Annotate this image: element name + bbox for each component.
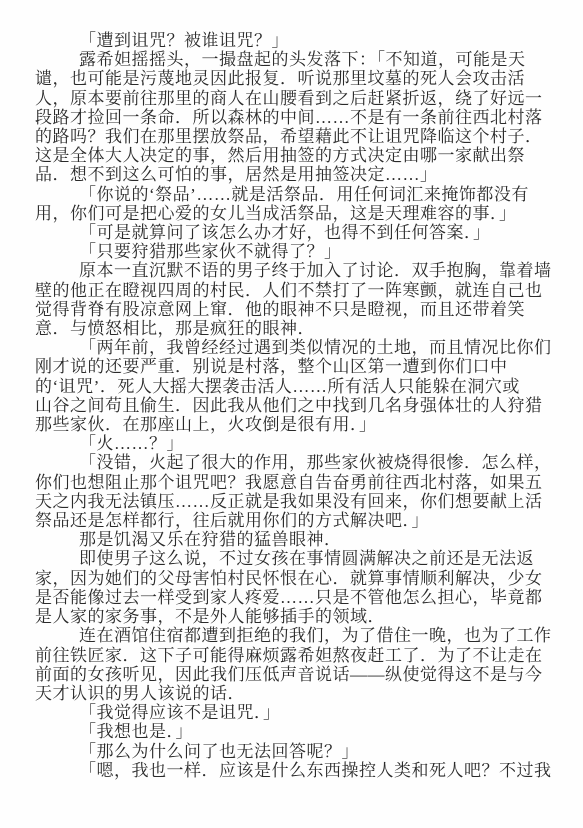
text-line: 的‘诅咒’．死人大摇大摆袭击活人……所有活人只能躲在洞穴或 <box>35 377 547 396</box>
text-line: 前面的女孩听见，因此我们压低声音说话——纵使觉得这不是与今 <box>35 665 547 684</box>
text-line: 谴，也可能是污蔑地灵因此报复．听说那里坟墓的死人会攻击活 <box>35 69 547 88</box>
text-line: 即使男子这么说，不过女孩在事情圆满解决之前还是无法返 <box>35 549 547 568</box>
novel-page: 「遭到诅咒？被谁诅咒？」露希妲摇摇头，一撮盘起的头发落下：「不知道，可能是天谴，… <box>0 0 583 828</box>
text-line: 露希妲摇摇头，一撮盘起的头发落下：「不知道，可能是天 <box>35 50 547 69</box>
text-line: 那是饥渴又乐在狩猎的猛兽眼神． <box>35 530 547 549</box>
text-line: 「可是就算问了该怎么办才好，也得不到任何答案．」 <box>35 223 547 242</box>
text-line: 壁的他正在瞪视四周的村民．人们不禁打了一阵寒颤，就连自己也 <box>35 281 547 300</box>
page-lines: 「遭到诅咒？被谁诅咒？」露希妲摇摇头，一撮盘起的头发落下：「不知道，可能是天谴，… <box>35 31 547 780</box>
text-line: 祭品还是怎样都行，往后就用你们的方式解决吧．」 <box>35 511 547 530</box>
text-line: 山谷之间苟且偷生．因此我从他们之中找到几名身强体壮的人狩猎 <box>35 396 547 415</box>
text-line: 原本一直沉默不语的男子终于加入了讨论．双手抱胸，靠着墙 <box>35 261 547 280</box>
text-line: 「那么为什么问了也无法回答呢？」 <box>35 742 547 761</box>
text-line: 「火……？」 <box>35 434 547 453</box>
text-line: 是人家的家务事，不是外人能够插手的领域． <box>35 607 547 626</box>
text-line: 段路才捡回一条命．所以森林的中间……不是有一条前往西北村落 <box>35 108 547 127</box>
text-line: 刚才说的还要严重．别说是村落，整个山区第一遭到你们口中 <box>35 357 547 376</box>
text-line: 「我想也是．」 <box>35 722 547 741</box>
text-line: 天才认识的男人该说的话． <box>35 684 547 703</box>
text-line: 连在酒馆住宿都遭到拒绝的我们，为了借住一晚，也为了工作 <box>35 626 547 645</box>
text-line: 觉得背脊有股凉意网上窜．他的眼神不只是瞪视，而且还带着笑 <box>35 300 547 319</box>
text-line: 「没错，火起了很大的作用，那些家伙被烧得很惨．怎么样， <box>35 453 547 472</box>
text-line: 你们也想阻止那个诅咒吧？我愿意自告奋勇前往西北村落，如果五 <box>35 473 547 492</box>
text-line: 「只要狩猎那些家伙不就得了？」 <box>35 242 547 261</box>
text-line: 这是全体大人决定的事，然后用抽签的方式决定由哪一家献出祭 <box>35 146 547 165</box>
text-line: 前往铁匠家．这下子可能得麻烦露希妲熬夜赶工了．为了不让走在 <box>35 646 547 665</box>
text-line: 天之内我无法镇压……反正就是我如果没有回来，你们想要献上活 <box>35 492 547 511</box>
text-line: 「我觉得应该不是诅咒．」 <box>35 703 547 722</box>
text-line: 意．与愤怒相比，那是疯狂的眼神． <box>35 319 547 338</box>
text-line: 「遭到诅咒？被谁诅咒？」 <box>35 31 547 50</box>
text-line: 是否能像过去一样受到家人疼爱……只是不管他怎么担心，毕竟都 <box>35 588 547 607</box>
text-line: 用，你们可是把心爱的女儿当成活祭品，这是天理难容的事．」 <box>35 204 547 223</box>
text-line: 家，因为她们的父母害怕村民怀恨在心．就算事情顺利解决，少女 <box>35 569 547 588</box>
text-line: 品．想不到这么可怕的事，居然是用抽签决定……」 <box>35 165 547 184</box>
text-line: 那些家伙．在那座山上，火攻倒是很有用．」 <box>35 415 547 434</box>
text-line: 的路吗？我们在那里摆放祭品，希望藉此不让诅咒降临这个村子． <box>35 127 547 146</box>
text-line: 「两年前，我曾经经过遇到类似情况的土地，而且情况比你们 <box>35 338 547 357</box>
text-line: 人，原本要前往那里的商人在山腰看到之后赶紧折返，绕了好远一 <box>35 89 547 108</box>
text-line: 「你说的‘祭品’……就是活祭品．用任何词汇来掩饰都没有 <box>35 185 547 204</box>
text-line: 「嗯，我也一样．应该是什么东西操控人类和死人吧？不过我 <box>35 761 547 780</box>
